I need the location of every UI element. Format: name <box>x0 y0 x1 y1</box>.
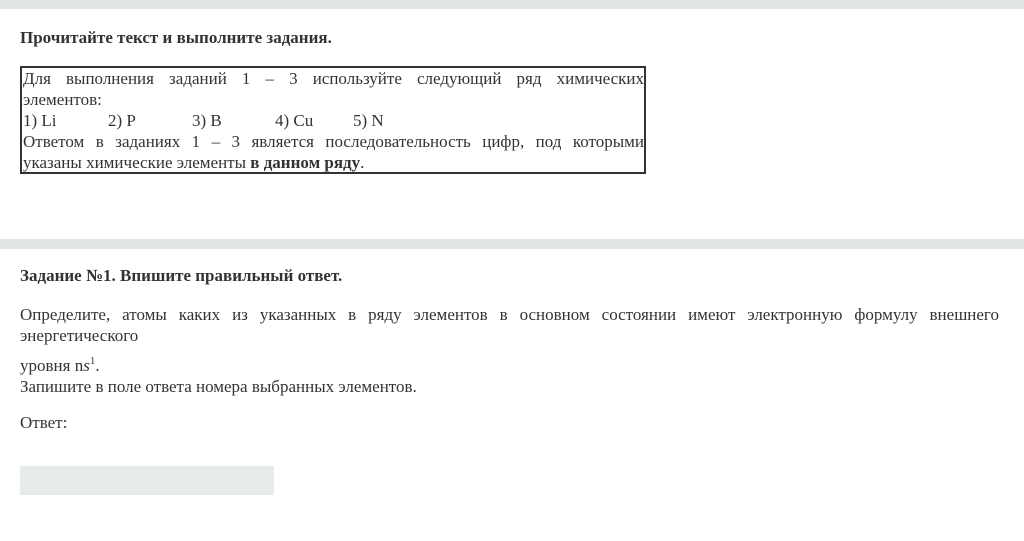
elements-row: 1) Li2) P3) B4) Cu5) N <box>23 110 644 131</box>
answer-label: Ответ: <box>20 413 67 433</box>
task-line-3: уровня ns1. <box>20 351 999 376</box>
element-list-box: Для выполнения заданий 1 – 3 используйте… <box>20 66 646 174</box>
answer-input[interactable] <box>20 466 274 495</box>
section-separator <box>0 239 1024 249</box>
task-line-1: Определите, атомы каких из указанных в р… <box>20 304 999 325</box>
element-1: 1) Li <box>23 110 108 131</box>
orbital-s: s <box>83 356 90 375</box>
intro-heading: Прочитайте текст и выполните задания. <box>20 28 332 48</box>
box-line-4: Ответом в заданиях 1 – 3 является послед… <box>23 131 644 152</box>
box-line-5-end: . <box>360 153 364 172</box>
element-4: 4) Cu <box>275 110 353 131</box>
box-line-5: указаны химические элементы в данном ряд… <box>23 152 644 173</box>
top-separator-bar <box>0 0 1024 9</box>
element-5: 5) N <box>353 110 384 131</box>
element-2: 2) P <box>108 110 192 131</box>
task-text: Определите, атомы каких из указанных в р… <box>20 304 999 397</box>
element-3: 3) B <box>192 110 275 131</box>
task-line-2: энергетического <box>20 325 999 346</box>
box-line-5-text: указаны химические элементы <box>23 153 250 172</box>
task-line-3-text: уровня n <box>20 356 83 375</box>
task-heading: Задание №1. Впишите правильный ответ. <box>20 266 342 286</box>
box-line-5-bold: в данном ряду <box>250 153 360 172</box>
task-line-4: Запишите в поле ответа номера выбранных … <box>20 376 999 397</box>
task-line-3-end: . <box>95 356 99 375</box>
box-line-1: Для выполнения заданий 1 – 3 используйте… <box>23 68 644 89</box>
box-line-2: элементов: <box>23 89 644 110</box>
